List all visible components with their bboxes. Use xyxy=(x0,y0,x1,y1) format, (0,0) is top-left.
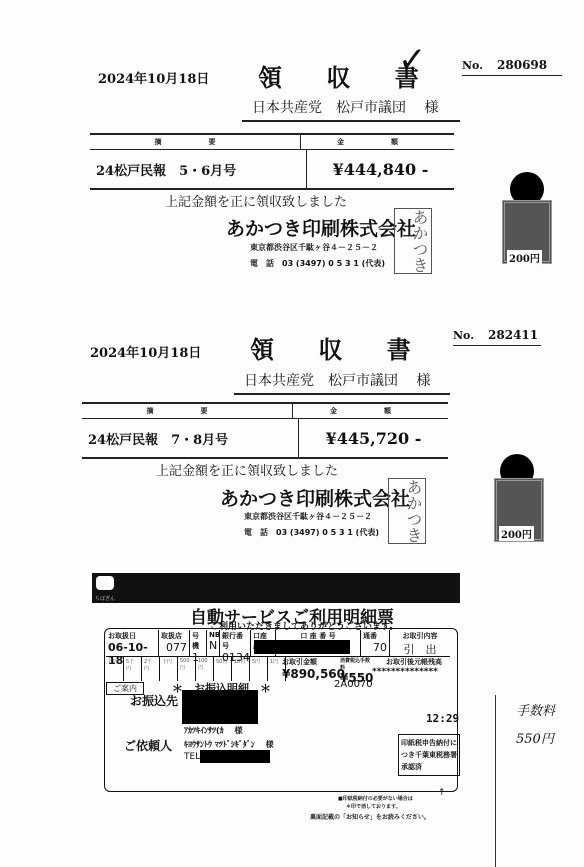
serial-label: 通番 xyxy=(363,631,387,641)
transaction-cell: お取引内容引 出 xyxy=(390,630,450,656)
number-label: No. xyxy=(462,59,483,72)
company-name: あかつき印刷株式会社 xyxy=(226,214,416,241)
receipt-table: 摘 要金 額 24松戸民報 5・6月号¥444,840 - xyxy=(90,133,454,190)
tel-redaction xyxy=(200,750,270,763)
denomination-cell: 5千円 xyxy=(124,657,142,681)
margin-line xyxy=(495,695,496,867)
bank-no-cell: 銀行番号0134 xyxy=(220,630,251,656)
transaction-time: 12:29 xyxy=(426,712,459,725)
transaction-label: お取引内容 xyxy=(392,631,448,641)
company-phone: 電 話 03 (3497) 0 5 3 1 (代表) xyxy=(244,527,379,538)
nb-value: N xyxy=(209,639,217,652)
revenue-stamp-value: 200円 xyxy=(499,526,534,541)
header-description: 摘 要 xyxy=(82,404,293,418)
number-value: 280698 xyxy=(497,58,547,72)
company-address: 東京都渋谷区千駄ヶ谷４－２５－２ xyxy=(244,511,372,522)
denomination-cell: 万円 xyxy=(106,657,124,681)
description: 24松戸民報 7・8月号 xyxy=(82,419,299,457)
amount-value: ¥890,560 xyxy=(282,667,338,681)
number-value: 282411 xyxy=(488,328,538,342)
footer-note-1: ■印紙税納付の必要がない場合は xyxy=(338,795,413,802)
machine-cell: 号機1 xyxy=(190,630,207,656)
denomination-cell: 50円 xyxy=(214,657,232,681)
company-name: あかつき印刷株式会社 xyxy=(220,484,410,511)
serial-cell: 通番70 xyxy=(361,630,390,656)
acknowledgement: 上記金額を正に領収致しました xyxy=(156,460,338,479)
fee-label: 消費税込手数料 xyxy=(340,657,370,671)
company-seal: あかつき xyxy=(394,208,432,274)
branch-value: 077 xyxy=(161,641,187,654)
nb-cell: NBN xyxy=(207,630,220,656)
addressee: 日本共産党 松戸市議団 様 xyxy=(242,97,460,122)
receipt-number: No.280698 xyxy=(462,58,562,76)
amount: ¥444,840 - xyxy=(307,150,454,188)
description: 24松戸民報 5・6月号 xyxy=(90,150,307,188)
receipt-table: 摘 要金 額 24松戸民報 7・8月号¥445,720 - xyxy=(82,402,448,459)
payee-name: ｱｶﾂｷｲﾝｻﾂ(ｶ 様 xyxy=(184,725,242,736)
requester-name: ｷﾖｳｻﾝﾄｳ ﾏﾂﾄﾞｼｷﾞﾀﾞﾝ 様 xyxy=(184,739,274,750)
company-seal: あかつき xyxy=(388,478,426,544)
company-phone: 電 話 03 (3497) 0 5 3 1 (代表) xyxy=(250,258,385,269)
receipt-date: 2024年10月18日 xyxy=(90,342,201,361)
footer-note-2: ＊印で消しております。 xyxy=(346,803,401,810)
company-address: 東京都渋谷区千駄ヶ谷４－２５－２ xyxy=(250,242,378,253)
stamp-tax-note: 印紙税申告納付につき千葉東税務署承認済 xyxy=(398,734,460,776)
balance-value: ************** xyxy=(372,667,456,677)
balance-label: お取引後元帳残高 xyxy=(372,657,456,667)
denomination-cell: 500円 xyxy=(178,657,196,681)
bank-logo-caption: ちばぎん xyxy=(95,595,115,602)
tel-label: TEL xyxy=(184,752,200,762)
receipt-date: 2024年10月18日 xyxy=(98,68,209,87)
payee-label: お振込先 xyxy=(130,692,178,709)
bank-header-bar xyxy=(92,573,460,603)
arrow-up-icon: ↑ xyxy=(438,788,446,798)
branch-cell: 取扱店077 xyxy=(159,630,190,656)
addressee: 日本共産党 松戸市議団 様 xyxy=(234,370,450,395)
slip-code: 2A0070 xyxy=(334,679,373,690)
denomination-cell: 100円 xyxy=(196,657,214,681)
branch-label: 取扱店 xyxy=(161,631,187,641)
denomination-cell: 2千円 xyxy=(142,657,160,681)
bank-logo-icon xyxy=(96,576,114,590)
bank-no-label: 銀行番号 xyxy=(222,631,248,651)
receipt-number: No.282411 xyxy=(453,328,541,346)
receipt-title: 領 収 書 xyxy=(250,330,429,365)
machine-label: 号機 xyxy=(192,631,204,651)
denomination-cell: 千円 xyxy=(160,657,178,681)
handwritten-label: 手数料 xyxy=(516,700,555,719)
date-cell: お取扱日06-10-18 xyxy=(106,630,159,656)
footer-note-3: 裏面記載の「お知らせ」をお読みください。 xyxy=(310,812,430,821)
denomination-cell: 5円 xyxy=(250,657,268,681)
header-description: 摘 要 xyxy=(90,135,301,149)
payee-redaction xyxy=(182,690,258,724)
amount-label: お取引金額 xyxy=(282,657,338,667)
balance-cell: お取引後元帳残高************** xyxy=(372,657,456,677)
amount-cell: お取引金額¥890,560 xyxy=(282,657,338,681)
check-mark-icon: ✓ xyxy=(398,40,427,80)
requester-label: ご依頼人 xyxy=(124,737,172,754)
amount: ¥445,720 - xyxy=(299,419,448,457)
revenue-stamp-value: 200円 xyxy=(507,250,542,265)
acknowledgement: 上記金額を正に領収致しました xyxy=(165,191,347,210)
account-number-redaction xyxy=(254,640,350,654)
serial-value: 70 xyxy=(363,641,387,654)
header-amount: 金 額 xyxy=(293,404,448,418)
nb-label: NB xyxy=(209,631,217,639)
transaction-value: 引 出 xyxy=(392,641,448,657)
date-label: お取扱日 xyxy=(108,631,156,641)
header-amount: 金 額 xyxy=(301,135,454,149)
number-label: No. xyxy=(453,329,474,342)
denominations-row: 万円5千円2千円千円500円100円50円10円5円1円 xyxy=(106,657,286,681)
denomination-cell: 10円 xyxy=(232,657,250,681)
handwritten-amount: 550円 xyxy=(516,728,554,747)
